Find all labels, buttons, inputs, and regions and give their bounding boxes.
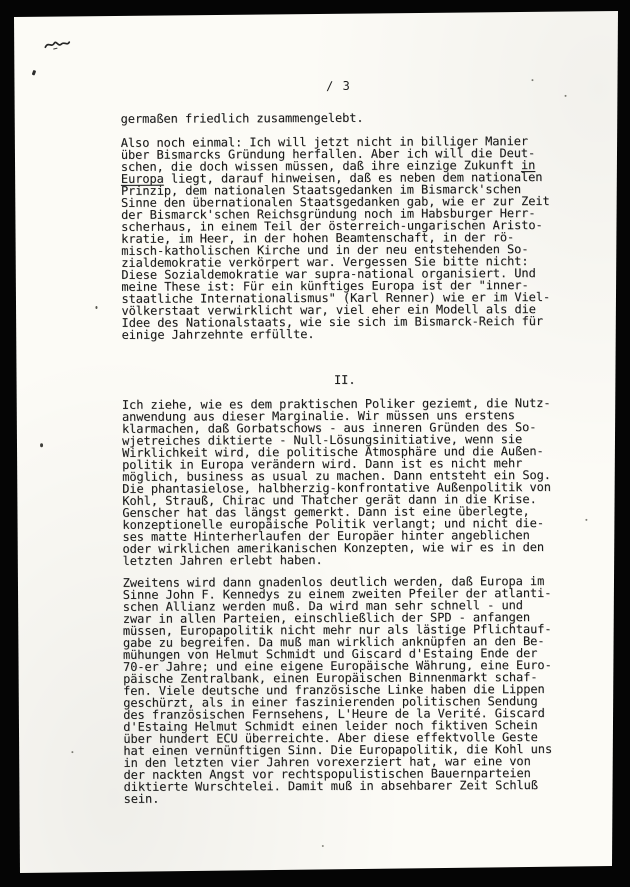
paragraph: Ich ziehe, wie es dem praktischen Polike… [122,397,569,567]
text-line: germaßen friedlich zusammengelebt. [121,111,567,125]
scan-speck [585,519,587,521]
scan-speck [565,95,567,97]
paragraph: Also noch einmal: Ich will jetzt nicht i… [121,135,568,341]
scan-speck [322,845,324,847]
text-segment: diktierte Wurschtelei. Damit muß in abse… [124,778,538,794]
handwritten-scribble-icon [44,38,70,52]
scanned-document: / 3 germaßen friedlich zusammengelebt. A… [0,0,630,887]
page-content: / 3 germaßen friedlich zusammengelebt. A… [0,0,630,887]
document-body: germaßen friedlich zusammengelebt. Also … [121,111,570,805]
text-segment: germaßen friedlich zusammengelebt. [121,111,364,126]
scan-speck [95,306,97,309]
text-line: letzten Jahren erlebt haben. [123,553,569,567]
scan-speck [40,443,43,447]
page-number: / 3 [120,79,556,93]
text-segment: letzten Jahren erlebt haben. [123,553,323,568]
text-segment: einige Jahrzehnte erfüllte. [122,327,315,342]
text-line: einige Jahrzehnte erfüllte. [122,327,568,341]
paragraph: Zweitens wird dann gnadenlos deutlich we… [123,575,570,805]
ink-dot-mark [32,70,37,76]
text-line: diktierte Wurschtelei. Damit muß in abse… [124,779,570,793]
paragraph: germaßen friedlich zusammengelebt. [121,111,567,125]
section-heading: II. [122,373,568,387]
scan-speck [71,751,73,753]
text-segment: sein. [124,792,160,806]
